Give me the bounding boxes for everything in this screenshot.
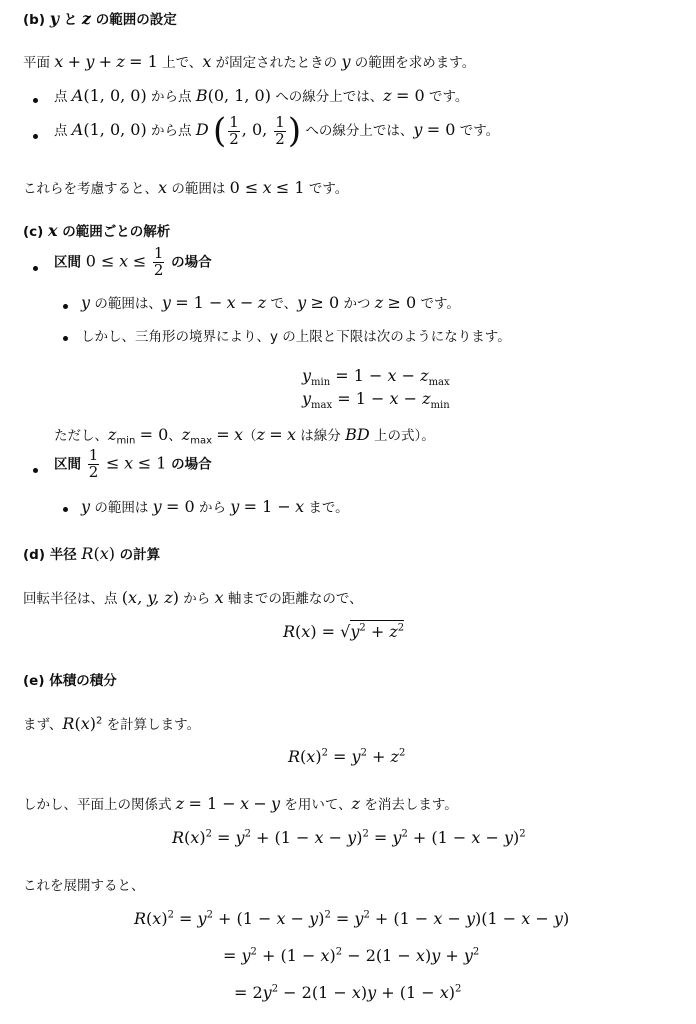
section-c-case-1-sub-2: しかし、三角形の境界により、y の上限と下限は次のようになります。 bbox=[81, 325, 511, 345]
equation-ymin: ymin = 1 − x − zmax bbox=[302, 366, 450, 388]
bullet-icon bbox=[63, 336, 68, 341]
section-b-bullet-1: 点 A(1, 0, 0) から点 B(0, 1, 0) への線分上では、z = … bbox=[54, 85, 468, 105]
section-e-text-1: まず、R(x)2 を計算します。 bbox=[23, 713, 200, 733]
section-c-note: ただし、zmin = 0、zmax = x（z = x は線分 BD 上の式）。 bbox=[54, 424, 435, 447]
section-b-bullet-2: 点 A(1, 0, 0) から点 D (12, 0, 12) への線分上では、y… bbox=[54, 111, 499, 151]
section-b-conclusion: これらを考慮すると、x の範囲は 0 ≤ x ≤ 1 です。 bbox=[23, 177, 348, 197]
section-c-case-2: 区間 12 ≤ x ≤ 1 の場合 bbox=[54, 448, 212, 481]
bullet-icon bbox=[33, 266, 38, 271]
section-e-text-2: しかし、平面上の関係式 z = 1 − x − y を用いて、z を消去します。 bbox=[23, 793, 458, 813]
section-b-heading: (b) y と z の範囲の設定 bbox=[23, 8, 177, 28]
section-c-heading: (c) x の範囲ごとの解析 bbox=[23, 220, 170, 240]
section-c-case-1: 区間 0 ≤ x ≤ 12 の場合 bbox=[54, 246, 212, 279]
section-c-case-1-sub-1: y の範囲は、y = 1 − x − z で、y ≥ 0 かつ z ≥ 0 です… bbox=[81, 292, 460, 312]
section-d-heading: (d) 半径 R(x) の計算 bbox=[23, 543, 160, 563]
bullet-icon bbox=[63, 507, 68, 512]
section-e-heading: (e) 体積の積分 bbox=[23, 669, 117, 689]
section-d-text: 回転半径は、点 (x, y, z) から x 軸までの距離なので、 bbox=[23, 587, 363, 607]
section-e-text-3: これを展開すると、 bbox=[23, 874, 145, 894]
bullet-icon bbox=[33, 98, 38, 103]
bullet-icon bbox=[33, 134, 38, 139]
section-b-intro: 平面 x + y + z = 1 上で、x が固定されたときの y の範囲を求め… bbox=[23, 51, 475, 71]
equation-expand-3: = 2y2 − 2(1 − x)y + (1 − x)2 bbox=[234, 983, 461, 1002]
equation-expand-2: = y2 + (1 − x)2 − 2(1 − x)y + y2 bbox=[223, 946, 479, 965]
equation-r-squared: R(x)2 = y2 + z2 bbox=[288, 747, 405, 766]
bullet-icon bbox=[63, 304, 68, 309]
equation-radius: R(x) = √y2 + z2 bbox=[283, 622, 404, 641]
equation-substitute: R(x)2 = y2 + (1 − x − y)2 = y2 + (1 − x … bbox=[172, 828, 526, 847]
equation-ymax: ymax = 1 − x − zmin bbox=[302, 389, 450, 411]
bullet-icon bbox=[33, 468, 38, 473]
section-c-case-2-sub: y の範囲は y = 0 から y = 1 − x まで。 bbox=[81, 496, 349, 516]
equation-expand-1: R(x)2 = y2 + (1 − x − y)2 = y2 + (1 − x … bbox=[134, 909, 569, 928]
